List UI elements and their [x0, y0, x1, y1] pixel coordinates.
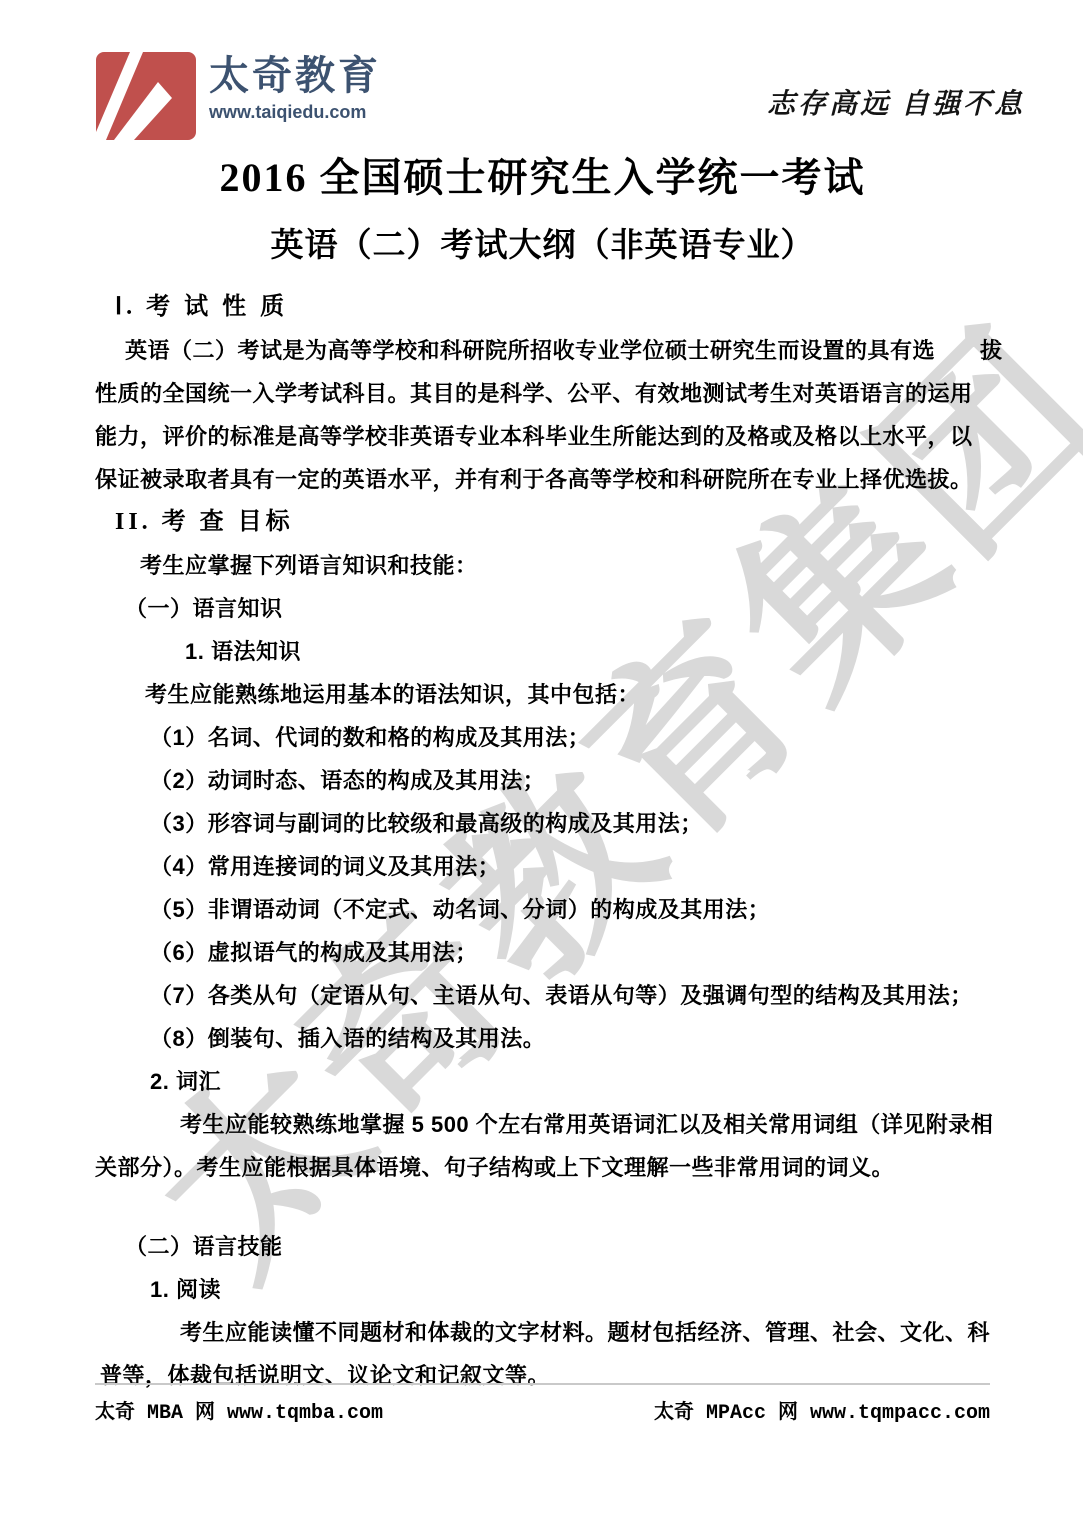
- page-header: 太奇教育 www.taiqiedu.com 志存高远 自强不息: [95, 52, 1025, 140]
- item-grammar-heading: 1. 语法知识: [185, 630, 990, 673]
- paragraph-2: 考生应掌握下列语言知识和技能：: [140, 544, 990, 587]
- logo: 太奇教育 www.taiqiedu.com: [95, 52, 381, 140]
- taiqi-logo-icon: [95, 52, 197, 140]
- paragraph-4-line-1: 考生应能较熟练地掌握 5 500 个左右常用英语词汇以及相关常用词组（详见附录相: [180, 1103, 990, 1146]
- logo-url: www.taiqiedu.com: [209, 102, 381, 123]
- item-reading-heading: 1. 阅读: [150, 1268, 990, 1311]
- grammar-item-2: （2）动词时态、语态的构成及其用法；: [150, 759, 990, 802]
- paragraph-1-line-3: 能力，评价的标准是高等学校非英语专业本科毕业生所能达到的及格或及格以上水平，以: [95, 415, 990, 458]
- paragraph-1-line-1: 英语（二）考试是为高等学校和科研院所招收专业学位硕士研究生而设置的具有选 拔: [125, 329, 990, 372]
- paragraph-3: 考生应能熟练地运用基本的语法知识，其中包括：: [145, 673, 990, 716]
- calligraphy-slogan: 志存高远 自强不息: [767, 82, 1025, 122]
- document-content: 2016 全国硕士研究生入学统一考试 英语（二）考试大纲（非英语专业） Ⅰ. 考…: [95, 138, 990, 1397]
- grammar-item-5: （5）非谓语动词（不定式、动名词、分词）的构成及其用法；: [150, 888, 990, 931]
- logo-name: 太奇教育: [209, 54, 381, 98]
- grammar-item-3: （3）形容词与副词的比较级和最高级的构成及其用法；: [150, 802, 990, 845]
- document-page: 太奇教育集团 太奇教育 www.taiqiedu.com 志存高远 自强不息 2…: [0, 0, 1083, 1518]
- grammar-item-7: （7）各类从句（定语从句、主语从句、表语从句等）及强调句型的结构及其用法；: [150, 974, 990, 1017]
- section-2-heading: II. 考 查 目标: [115, 501, 990, 544]
- paragraph-1-line-2: 性质的全国统一入学考试科目。其目的是科学、公平、有效地测试考生对英语语言的运用: [95, 372, 990, 415]
- paragraph-4-line-2: 关部分）。考生应能根据具体语境、句子结构或上下文理解一些非常用词的词义。: [95, 1146, 990, 1189]
- item-vocabulary-heading: 2. 词汇: [150, 1060, 990, 1103]
- grammar-item-8: （8）倒装句、插入语的结构及其用法。: [150, 1017, 990, 1060]
- section-1-heading: Ⅰ. 考 试 性 质: [115, 286, 990, 329]
- paragraph-1-line-4: 保证被录取者具有一定的英语水平，并有利于各高等学校和科研院所在专业上择优选拔。: [95, 458, 990, 501]
- footer-right-site: 太奇 MPAcc 网 www.tqmpacc.com: [654, 1395, 990, 1425]
- grammar-item-6: （6）虚拟语气的构成及其用法；: [150, 931, 990, 974]
- paragraph-5-line-1: 考生应能读懂不同题材和体裁的文字材料。题材包括经济、管理、社会、文化、科: [180, 1311, 990, 1354]
- subsection-2-heading: （二）语言技能: [125, 1225, 990, 1268]
- subsection-1-heading: （一）语言知识: [125, 587, 990, 630]
- logo-text-block: 太奇教育 www.taiqiedu.com: [209, 52, 381, 123]
- page-subtitle: 英语（二）考试大纲（非英语专业）: [95, 219, 990, 266]
- page-footer: 太奇 MBA 网 www.tqmba.com 太奇 MPAcc 网 www.tq…: [95, 1383, 990, 1425]
- footer-left-site: 太奇 MBA 网 www.tqmba.com: [95, 1395, 383, 1425]
- page-title: 2016 全国硕士研究生入学统一考试: [95, 146, 990, 203]
- grammar-item-1: （1）名词、代词的数和格的构成及其用法；: [150, 716, 990, 759]
- grammar-item-4: （4）常用连接词的词义及其用法；: [150, 845, 990, 888]
